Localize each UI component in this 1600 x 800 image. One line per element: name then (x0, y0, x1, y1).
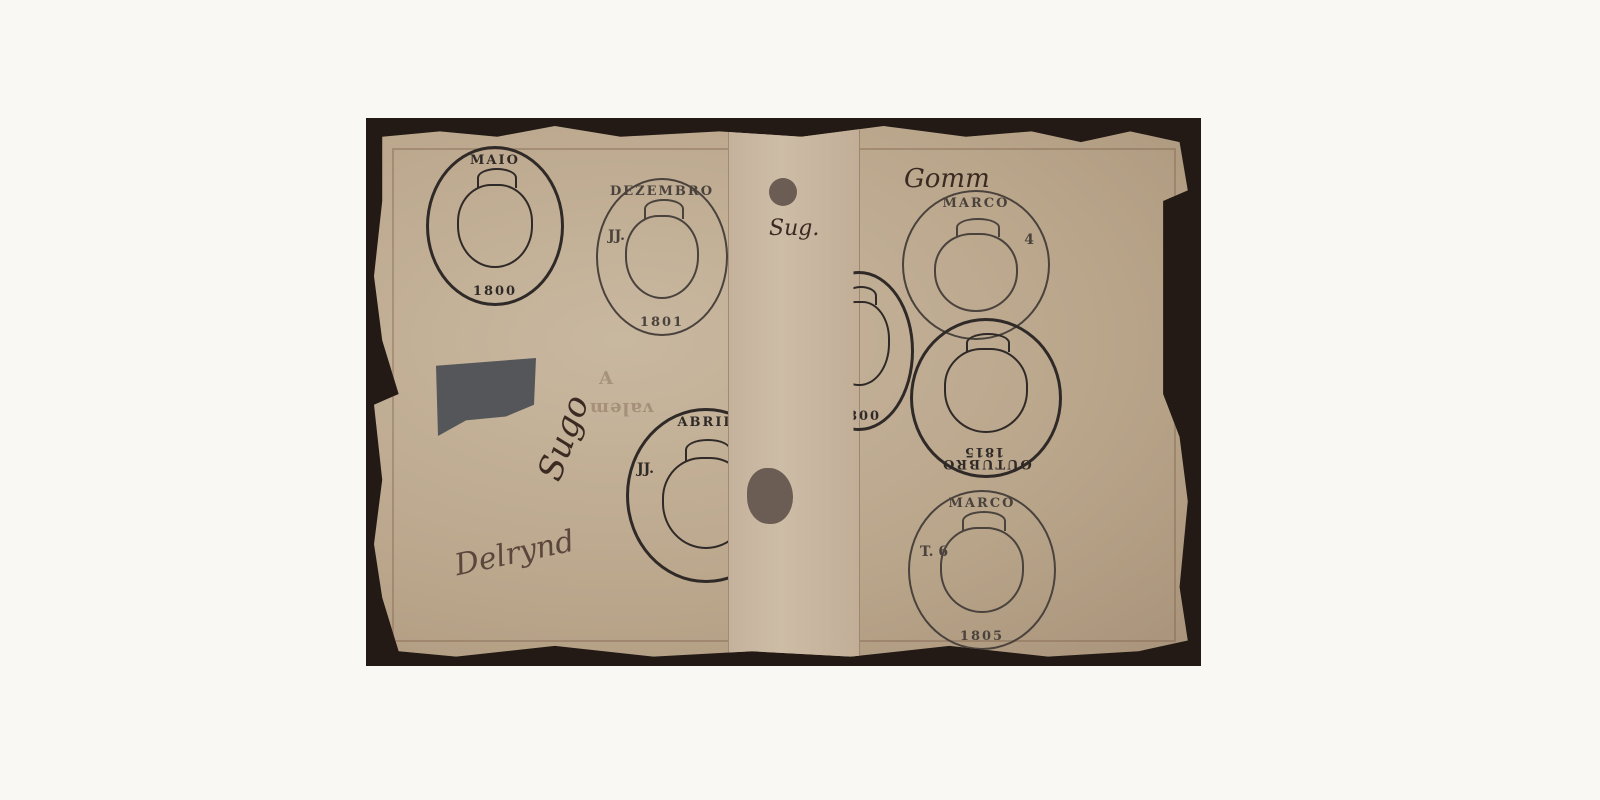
stamp-month: MARCO (943, 196, 1010, 211)
stamp-dezembro-1801: DEZEMBRO JJ. 1801 (596, 178, 728, 336)
printed-text-a: A (599, 368, 614, 389)
banknote-paper: A valem MAIO 1800 DEZEMBRO JJ. 1801 ABRI… (374, 126, 1196, 662)
stamp-mark: 4 (1024, 232, 1034, 248)
stamp-year: 1800 (473, 284, 517, 299)
stamp-year: 1801 (640, 315, 684, 330)
stamp-month: DEZEMBRO (610, 184, 714, 199)
stamp-marco-4: MARCO 4 (902, 190, 1050, 340)
signature: Gomm (904, 164, 990, 194)
center-fold-strip: Sug. (728, 126, 860, 666)
coat-of-arms-icon (934, 233, 1017, 313)
stamp-year: 1805 (960, 629, 1004, 644)
coat-of-arms-icon (940, 527, 1023, 612)
ink-blot (769, 178, 797, 206)
stamp-month: MAIO (470, 153, 520, 168)
stamp-month: MARCO (949, 496, 1016, 511)
signature: Sug. (769, 216, 819, 241)
stamp-mark: JJ. (637, 461, 654, 477)
coat-of-arms-icon (625, 215, 699, 299)
stamp-mark: JJ. (608, 228, 625, 244)
stamp-year: 1815 (964, 444, 1004, 459)
coat-of-arms-icon (944, 348, 1028, 432)
ink-blot (747, 468, 793, 524)
stamp-marco-t6: MARCO T. 6 1805 (908, 490, 1056, 650)
stamp-maio-1800: MAIO 1800 (426, 146, 564, 306)
banknote-photo: A valem MAIO 1800 DEZEMBRO JJ. 1801 ABRI… (366, 118, 1201, 666)
printed-text-valem: valem (589, 398, 653, 419)
stamp-month: ABRIL (677, 415, 734, 430)
coat-of-arms-icon (457, 184, 534, 268)
